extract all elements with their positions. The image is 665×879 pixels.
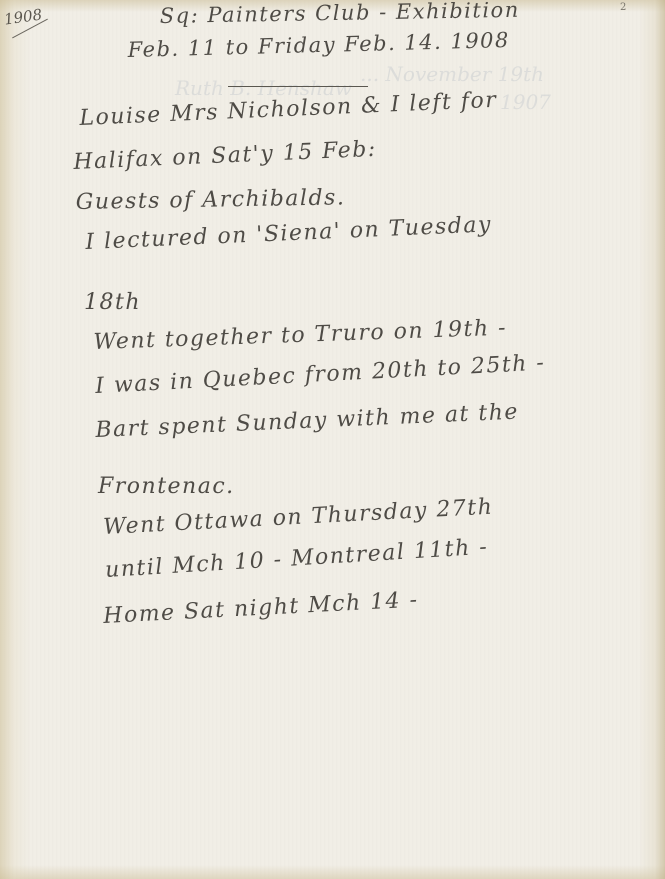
- header-dates: Feb. 11 to Friday Feb. 14. 1908: [127, 28, 510, 62]
- header-title: Sq: Painters Club - Exhibition: [160, 0, 520, 28]
- diary-line: I was in Quebec from 20th to 25th -: [95, 350, 546, 399]
- corner-mark: 2: [620, 2, 626, 13]
- diary-line: Halifax on Sat'y 15 Feb:: [73, 137, 377, 175]
- diary-page: ... November 19th Ruth B. Henshaw 1907 1…: [0, 0, 665, 879]
- diary-line: Home Sat night Mch 14 -: [103, 588, 419, 629]
- diary-line: Went together to Truro on 19th -: [93, 316, 507, 355]
- diary-line: Went Ottawa on Thursday 27th: [103, 495, 494, 540]
- diary-line: Bart spent Sunday with me at the: [95, 400, 519, 443]
- diary-line: I lectured on 'Siena' on Tuesday: [85, 212, 492, 255]
- diary-line: Guests of Archibalds.: [76, 185, 346, 215]
- diary-line: until Mch 10 - Montreal 11th -: [104, 535, 488, 583]
- bleed-through-text: ... November 19th: [360, 62, 544, 86]
- header-underline: [228, 86, 368, 87]
- bleed-through-text: 1907: [500, 90, 551, 114]
- diary-line: 18th: [84, 290, 141, 315]
- diary-line: Frontenac.: [98, 474, 235, 499]
